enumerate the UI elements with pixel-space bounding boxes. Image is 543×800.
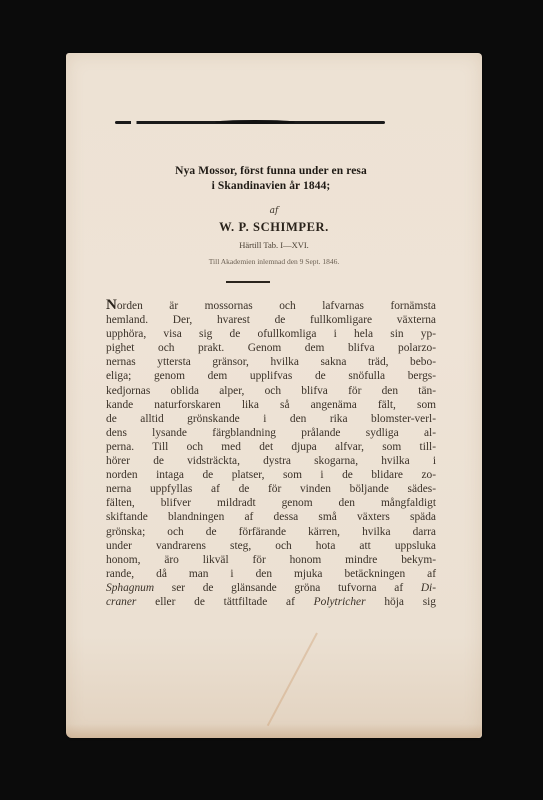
body-line: dens lysande färgblandning prålande sydl… [106, 426, 436, 440]
paper-stain [267, 633, 318, 727]
body-text: Norden är mossornas och lafvarnas fornäm… [106, 298, 436, 609]
italic-term: craner [106, 596, 136, 608]
body-line: norden intaga de platser, som i de blida… [106, 468, 436, 482]
body-line: craner eller de tättfiltade af Polytrich… [106, 595, 436, 609]
body-line: grönska; och de förfärande kärren, hvilk… [106, 525, 436, 539]
document-page: Nya Mossor, först funna under en resa i … [66, 53, 482, 738]
body-line: skiftande blandningen af dessa små växte… [106, 510, 436, 524]
article-title: Nya Mossor, först funna under en resa i … [96, 164, 446, 194]
italic-term: Sphagnum [106, 582, 154, 594]
author-name: W. P. SCHIMPER. [66, 220, 482, 235]
body-line: nerna uppfyllas af de för vinden böljand… [106, 482, 436, 496]
submission-note: Till Akademien inlemnad den 9 Sept. 1846… [66, 257, 482, 266]
body-line: upphöra, visa sig de ofullkomliga i hela… [106, 327, 436, 341]
byline-prefix: af [66, 206, 482, 216]
body-line: Norden är mossornas och lafvarnas fornäm… [106, 298, 436, 313]
title-line-2: i Skandinavien år 1844; [96, 179, 446, 194]
body-line: perna. Till och med det djupa alfvar, so… [106, 440, 436, 454]
body-line: rande, då man i den mjuka betäckningen a… [106, 567, 436, 581]
title-line-1: Nya Mossor, först funna under en resa [96, 164, 446, 179]
italic-term: Polytricher [314, 596, 366, 608]
body-line: hemland. Der, hvarest de fullkomligare v… [106, 313, 436, 327]
body-line: honom, äro likväl för honom mindre bekym… [106, 553, 436, 567]
body-line: hörer de vidsträckta, dystra skogarna, h… [106, 454, 436, 468]
body-line: Sphagnum ser de glänsande gröna tufvorna… [106, 581, 436, 595]
body-line: de alltid grönskande i den rika blomster… [106, 412, 436, 426]
body-line: pighet och prakt. Genom dem blifva polar… [106, 341, 436, 355]
plates-reference: Härtill Tab. I—XVI. [66, 240, 482, 250]
section-divider [226, 281, 270, 283]
body-line: fälten, blifver mildradt genom den mångf… [106, 496, 436, 510]
body-line: kedjornas oblida alper, och blifva för d… [106, 384, 436, 398]
body-line: eliga; genom dem upplifvas de snöfulla b… [106, 369, 436, 383]
body-line: under vandrarens steg, och hota att upps… [106, 539, 436, 553]
body-line: kande naturforskaren lika så angenäma fä… [106, 398, 436, 412]
top-rule-divider [115, 121, 385, 124]
italic-term: Di- [421, 582, 436, 594]
dropcap: N [106, 297, 117, 313]
body-line: nernas yttersta gränsor, hvilka sakna tr… [106, 355, 436, 369]
